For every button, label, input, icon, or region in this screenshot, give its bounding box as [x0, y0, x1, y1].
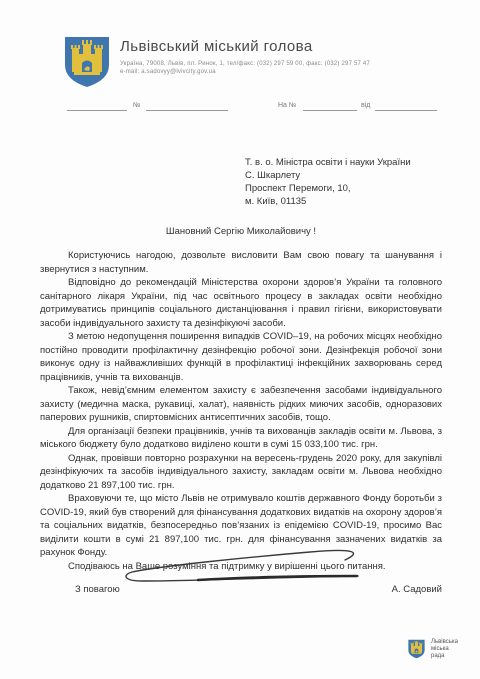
paragraph: Для організації безпеки працівників, учн… — [40, 425, 442, 452]
footer-org-line: міська — [431, 646, 458, 653]
on-no-label: На № — [278, 102, 296, 109]
closing-phrase: З повагою — [75, 584, 120, 595]
letterhead: Львівський міський голова Україна, 79008… — [64, 36, 370, 88]
footer-org-line: Львівська — [431, 639, 458, 646]
reply-number-blank — [303, 100, 357, 111]
letter-page: Львівський міський голова Україна, 79008… — [0, 0, 480, 679]
signature-block: З повагою А. Садовий — [40, 584, 442, 595]
paragraph: З метою недопущення поширення випадків C… — [40, 330, 442, 384]
lviv-coat-of-arms-icon — [64, 36, 110, 88]
paragraph: Користуючись нагодою, дозвольте висловит… — [40, 249, 442, 276]
doc-number-blank — [146, 100, 228, 111]
letter-body: Користуючись нагодою, дозвольте висловит… — [40, 249, 442, 573]
org-address: Україна, 79008, Львів, пл. Ринок, 1, тел… — [120, 61, 370, 67]
paragraph: Відповідно до рекомендацій Міністерства … — [40, 276, 442, 330]
org-email: e-mail: a.sadovyy@lvivcity.gov.ua — [120, 69, 370, 75]
date-blank — [375, 100, 437, 111]
footer-org-line: рада — [431, 653, 458, 660]
recipient-line: Проспект Перемоги, 10, — [245, 182, 411, 195]
doc-number-blank — [67, 100, 127, 111]
recipient-line: С. Шкарлету — [245, 169, 411, 182]
org-title: Львівський міський голова — [120, 38, 370, 55]
paragraph: Однак, провівши повторно розрахунки на в… — [40, 452, 442, 493]
reference-line: № На № від — [0, 100, 480, 114]
footer-logo: Львівська міська рада — [408, 638, 458, 660]
no-label: № — [133, 102, 141, 109]
lviv-coat-of-arms-icon — [408, 638, 425, 660]
recipient-line: Т. в. о. Міністра освіти і науки України — [245, 156, 411, 169]
paragraph: Також, невід’ємним елементом захисту є з… — [40, 384, 442, 425]
from-label: від — [361, 102, 370, 109]
salutation: Шановний Сергію Миколайовичу ! — [40, 226, 442, 237]
signer-name: А. Садовий — [392, 584, 442, 595]
recipient-block: Т. в. о. Міністра освіти і науки України… — [245, 156, 411, 208]
recipient-line: м. Київ, 01135 — [245, 195, 411, 208]
